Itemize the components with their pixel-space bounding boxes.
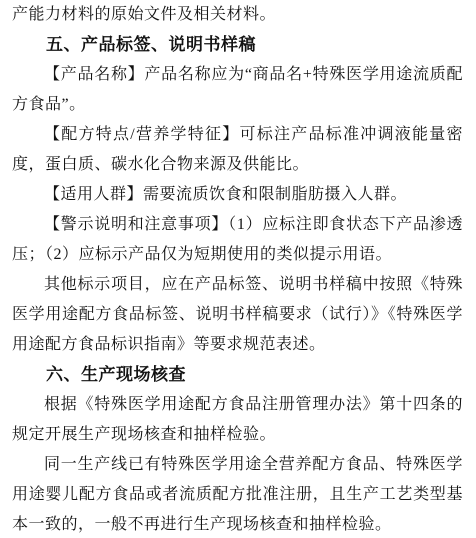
paragraph: 其他标示项目，应在产品标签、说明书样稿中按照《特殊医学用途配方食品标签、说明书样… — [12, 270, 463, 360]
paragraph: 【产品名称】产品名称应为“商品名+特殊医学用途流质配方食品”。 — [12, 60, 463, 120]
paragraph: 产能力材料的原始文件及相关材料。 — [12, 0, 463, 30]
paragraph: 【配方特点/营养学特征】可标注产品标准冲调液能量密度，蛋白质、碳水化合物来源及供… — [12, 120, 463, 180]
document-page: 产能力材料的原始文件及相关材料。五、产品标签、说明书样稿【产品名称】产品名称应为… — [0, 0, 476, 538]
paragraph: 根据《特殊医学用途配方食品注册管理办法》第十四条的规定开展生产现场核查和抽样检验… — [12, 390, 463, 450]
section-heading: 五、产品标签、说明书样稿 — [12, 30, 463, 60]
paragraph: 同一生产线已有特殊医学用途全营养配方食品、特殊医学用途婴儿配方食品或者流质配方批… — [12, 450, 463, 538]
section-heading: 六、生产现场核查 — [12, 360, 463, 390]
paragraph: 【适用人群】需要流质饮食和限制脂肪摄入人群。 — [12, 180, 463, 210]
paragraph: 【警示说明和注意事项】（1）应标注即食状态下产品渗透压；（2）应标示产品仅为短期… — [12, 210, 463, 270]
